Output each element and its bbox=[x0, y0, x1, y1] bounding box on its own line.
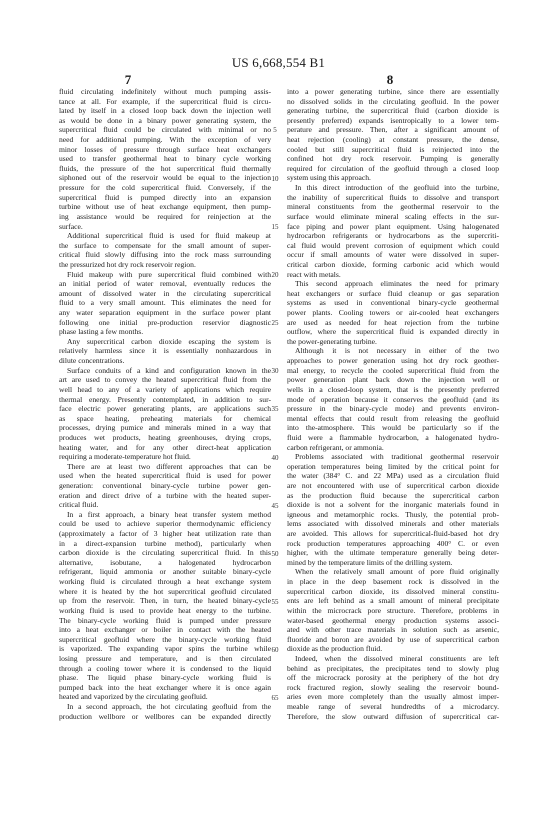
text-line: hydrocarbon refrigerants or hydrocarbons… bbox=[287, 231, 499, 241]
text-line: amount of dissolved water in the circula… bbox=[59, 289, 271, 299]
text-line: system using this approach. bbox=[287, 173, 499, 183]
text-line: mineral constituents from the geothermal… bbox=[287, 202, 499, 212]
text-line: In a first approach, a binary heat trans… bbox=[59, 510, 271, 520]
text-line: presently preferred) expands isentropica… bbox=[287, 116, 499, 126]
text-line: thermal energy. Presently contemplated, … bbox=[59, 395, 271, 405]
text-line: lems associated with dissolved minerals … bbox=[287, 519, 499, 529]
line-number: 20 bbox=[268, 271, 282, 279]
text-line: the power-generating turbine. bbox=[287, 337, 499, 347]
column-number-left: 7 bbox=[113, 72, 143, 88]
text-line: heat rejection (cooling) at constant pre… bbox=[287, 135, 499, 145]
text-line: occur if small amounts of water were dis… bbox=[287, 250, 499, 260]
text-line: operation temperatures being limited by … bbox=[287, 462, 499, 472]
text-line: systems as used in conventional binary-c… bbox=[287, 298, 499, 308]
text-line: carbon refrigerant, or ammonia. bbox=[287, 443, 499, 453]
text-line: confined hot dry rock reservoir. Pumping… bbox=[287, 154, 499, 164]
text-line: an initial period of water removal, even… bbox=[59, 279, 271, 289]
line-number: 10 bbox=[268, 175, 282, 183]
text-line: fluid circulating indefinitely without m… bbox=[59, 87, 271, 97]
text-line: There are at least two different approac… bbox=[59, 462, 271, 472]
text-line: fluids, the pressure of the hot supercri… bbox=[59, 164, 271, 174]
text-line: heat exchangers or surface fluid cleanup… bbox=[287, 289, 499, 299]
text-line: mined by the temperature limits of the d… bbox=[287, 558, 499, 568]
text-line: fluoride and boron are avoided by use of… bbox=[287, 635, 499, 645]
text-line: working fluid is used to provide heat en… bbox=[59, 606, 271, 616]
text-line: could be used to achieve superior thermo… bbox=[59, 519, 271, 529]
text-line: used to transfer geothermal heat to bina… bbox=[59, 154, 271, 164]
text-line: into the-atmosphere. This would be parti… bbox=[287, 423, 499, 433]
text-line: turbine without use of heat exchange equ… bbox=[59, 202, 271, 212]
text-line: are not encountered with use of supercri… bbox=[287, 481, 499, 491]
line-number: 35 bbox=[268, 405, 282, 413]
text-line: Additional supercritical fluid is used f… bbox=[59, 231, 271, 241]
text-line: used when the heated supercritical fluid… bbox=[59, 471, 271, 481]
text-line: heated and vaporized by the circulating … bbox=[59, 692, 271, 702]
text-line: the surface to compensate for the small … bbox=[59, 241, 271, 251]
line-number: 60 bbox=[268, 646, 282, 654]
text-line: When the relatively small amount of pore… bbox=[287, 567, 499, 577]
text-line: as space heating, preheating materials f… bbox=[59, 414, 271, 424]
text-line: cooled but still supercritical fluid is … bbox=[287, 145, 499, 155]
text-line: is vaporized. The expanding vapor spins … bbox=[59, 644, 271, 654]
text-line: are used as needed for heat rejection fr… bbox=[287, 318, 499, 328]
text-line: any water separation equipment in the su… bbox=[59, 308, 271, 318]
text-line: mental effects that could result from re… bbox=[287, 414, 499, 424]
text-line: pressure for the cold supercritical flui… bbox=[59, 183, 271, 193]
text-line: higher, with the ultimate temperature ge… bbox=[287, 548, 499, 558]
text-line: Any supercritical carbon dioxide escapin… bbox=[59, 337, 271, 347]
text-line: alternative, isobutane, a halogenated hy… bbox=[59, 558, 271, 568]
text-line: supercritical geofluid where the binary-… bbox=[59, 635, 271, 645]
text-line: the pressurized hot dry rock reservoir r… bbox=[59, 260, 271, 270]
text-line: well head to any of a variety of applica… bbox=[59, 385, 271, 395]
text-line: production wellbore or wellbores can be … bbox=[59, 712, 271, 722]
text-line: in place in the deep basement rock is di… bbox=[287, 577, 499, 587]
text-line: relatively harmless since it is essentia… bbox=[59, 346, 271, 356]
text-line: perature and pressure. Then, after a sig… bbox=[287, 125, 499, 135]
line-number: 40 bbox=[268, 454, 282, 462]
text-line: produces wet products, heating greenhous… bbox=[59, 433, 271, 443]
text-line: cal fluid would prevent corrosion of equ… bbox=[287, 241, 499, 251]
text-line: supercritical fluid could be circulated … bbox=[59, 125, 271, 135]
text-line: mal energy, to recycle the cooled superc… bbox=[287, 366, 499, 376]
text-line: as would be done in a binary power gener… bbox=[59, 116, 271, 126]
text-line: ated with other trace materials in solut… bbox=[287, 625, 499, 635]
text-line: surface would eliminate mineral scaling … bbox=[287, 212, 499, 222]
text-line: aries even more completely than the usua… bbox=[287, 692, 499, 702]
text-line: surface. bbox=[59, 222, 271, 232]
text-line: Therefore, the slow outward diffusion of… bbox=[287, 712, 499, 722]
text-line: In this direct introduction of the geofl… bbox=[287, 183, 499, 193]
column-number-right: 8 bbox=[375, 72, 405, 88]
text-line: rock production temperatures approaching… bbox=[287, 539, 499, 549]
text-line: through a cooling tower where it is cond… bbox=[59, 664, 271, 674]
text-line: pressure in the binary-cycle mode) and p… bbox=[287, 404, 499, 414]
line-number: 5 bbox=[268, 126, 282, 134]
text-line: Fluid makeup with pure supercritical flu… bbox=[59, 270, 271, 280]
text-line: dioxide as the production fluid. bbox=[287, 644, 499, 654]
text-line: power plants. Cooling towers or air-cool… bbox=[287, 308, 499, 318]
text-line: dioxide is not a solvent for the inorgan… bbox=[287, 500, 499, 510]
text-line: critical fluid. bbox=[59, 500, 271, 510]
text-line: phase. The liquid phase binary-cycle wor… bbox=[59, 673, 271, 683]
text-line: into a power generating turbine, since t… bbox=[287, 87, 499, 97]
text-line: water-based geothermal energy production… bbox=[287, 616, 499, 626]
text-line: carbon dioxide is the circulating superc… bbox=[59, 548, 271, 558]
text-line: heating water, and for any other direct-… bbox=[59, 443, 271, 453]
text-line: off the microcrack porosity at the perip… bbox=[287, 673, 499, 683]
text-line: Although it is not necessary in either o… bbox=[287, 346, 499, 356]
right-text-column: into a power generating turbine, since t… bbox=[287, 87, 499, 721]
text-line: where it is heated by the hot supercriti… bbox=[59, 587, 271, 597]
text-line: This second approach eliminates the need… bbox=[287, 279, 499, 289]
text-line: critical carbon dioxide, forming carboni… bbox=[287, 260, 499, 270]
text-line: eration and direct drive of a turbine wi… bbox=[59, 491, 271, 501]
text-line: generation: conventional binary-cycle tu… bbox=[59, 481, 271, 491]
text-line: tance at all. For example, if the superc… bbox=[59, 97, 271, 107]
line-number: 25 bbox=[268, 319, 282, 327]
text-line: generating turbine, the supercritical fl… bbox=[287, 106, 499, 116]
text-line: phase lasting a few months. bbox=[59, 327, 271, 337]
line-number: 50 bbox=[268, 550, 282, 558]
text-line: required for circulation of the geofluid… bbox=[287, 164, 499, 174]
text-line: as the production fluid because the supe… bbox=[287, 491, 499, 501]
text-line: losing pressure and temperature, and is … bbox=[59, 654, 271, 664]
text-line: within the microcrack pore structure. Th… bbox=[287, 606, 499, 616]
line-number: 55 bbox=[268, 598, 282, 606]
text-line: no dissolved solids in the circulating g… bbox=[287, 97, 499, 107]
text-line: face piping and power plant equipment. U… bbox=[287, 222, 499, 232]
text-line: following one initial pre-production res… bbox=[59, 318, 271, 328]
text-line: refrigerant, liquid ammonia or another s… bbox=[59, 567, 271, 577]
text-line: approaches to power generation using hot… bbox=[287, 356, 499, 366]
text-line: into a heat exchanger or boiler in conta… bbox=[59, 625, 271, 635]
text-line: in a direct-expansion turbine method), p… bbox=[59, 539, 271, 549]
text-line: rock fractured region, slowly sealing th… bbox=[287, 683, 499, 693]
text-line: (approximately a factor of 3 higher heat… bbox=[59, 529, 271, 539]
text-line: processes, drying pumice and minerals mi… bbox=[59, 423, 271, 433]
text-line: art are used to convey the heated superc… bbox=[59, 375, 271, 385]
text-line: power generation plant back down the inj… bbox=[287, 375, 499, 385]
text-line: behind as precipitates, the precipitates… bbox=[287, 664, 499, 674]
text-line: minor losses of pressure through surface… bbox=[59, 145, 271, 155]
text-line: up from the reservoir. Then, in turn, th… bbox=[59, 596, 271, 606]
text-line: critical fluid slowly diffusing into the… bbox=[59, 250, 271, 260]
text-line: igneous and metamorphic rocks. Thusly, t… bbox=[287, 510, 499, 520]
text-line: Problems associated with traditional geo… bbox=[287, 452, 499, 462]
text-line: are avoided. This allows for supercritic… bbox=[287, 529, 499, 539]
text-line: fluid to a very small amount. This elimi… bbox=[59, 298, 271, 308]
text-line: requiring a moderate-temperature hot flu… bbox=[59, 452, 271, 462]
text-line: wells in a closed-loop system, that is t… bbox=[287, 385, 499, 395]
text-line: ing assistance would be required for rei… bbox=[59, 212, 271, 222]
text-line: fluid were a flammable hydrocarbon, a ha… bbox=[287, 433, 499, 443]
line-number: 30 bbox=[268, 367, 282, 375]
text-line: react with metals. bbox=[287, 270, 499, 280]
text-line: In a second approach, the hot circulatin… bbox=[59, 702, 271, 712]
text-line: meable range of several hundredths of a … bbox=[287, 702, 499, 712]
text-line: need for additional pumping. With the ex… bbox=[59, 135, 271, 145]
text-line: lated by itself in a closed loop back do… bbox=[59, 106, 271, 116]
line-number: 65 bbox=[268, 694, 282, 702]
text-line: mode of operation because it conserves t… bbox=[287, 395, 499, 405]
text-line: Surface conduits of a kind and configura… bbox=[59, 366, 271, 376]
text-line: pumped back into the heat exchanger wher… bbox=[59, 683, 271, 693]
line-number: 45 bbox=[268, 502, 282, 510]
text-line: siphoned out of the reservoir would be e… bbox=[59, 173, 271, 183]
left-text-column: fluid circulating indefinitely without m… bbox=[59, 87, 271, 721]
text-line: face electric power generating plants, a… bbox=[59, 404, 271, 414]
text-line: Indeed, when the dissolved mineral const… bbox=[287, 654, 499, 664]
text-line: working fluid is circulated through a he… bbox=[59, 577, 271, 587]
patent-number-header: US 6,668,554 B1 bbox=[0, 55, 557, 71]
text-line: supercritical carbon dioxide, its dissol… bbox=[287, 587, 499, 597]
text-line: the water (384° C. and 22 MPa) used as a… bbox=[287, 471, 499, 481]
text-line: the inability of supercritical fluids to… bbox=[287, 193, 499, 203]
text-line: outflow, where the supercritical fluid i… bbox=[287, 327, 499, 337]
text-line: dilute concentrations. bbox=[59, 356, 271, 366]
line-number: 15 bbox=[268, 223, 282, 231]
text-line: ents are left behind as a small amount o… bbox=[287, 596, 499, 606]
text-line: The binary-cycle working fluid is pumped… bbox=[59, 616, 271, 626]
text-line: supercritical fluid is pumped directly i… bbox=[59, 193, 271, 203]
